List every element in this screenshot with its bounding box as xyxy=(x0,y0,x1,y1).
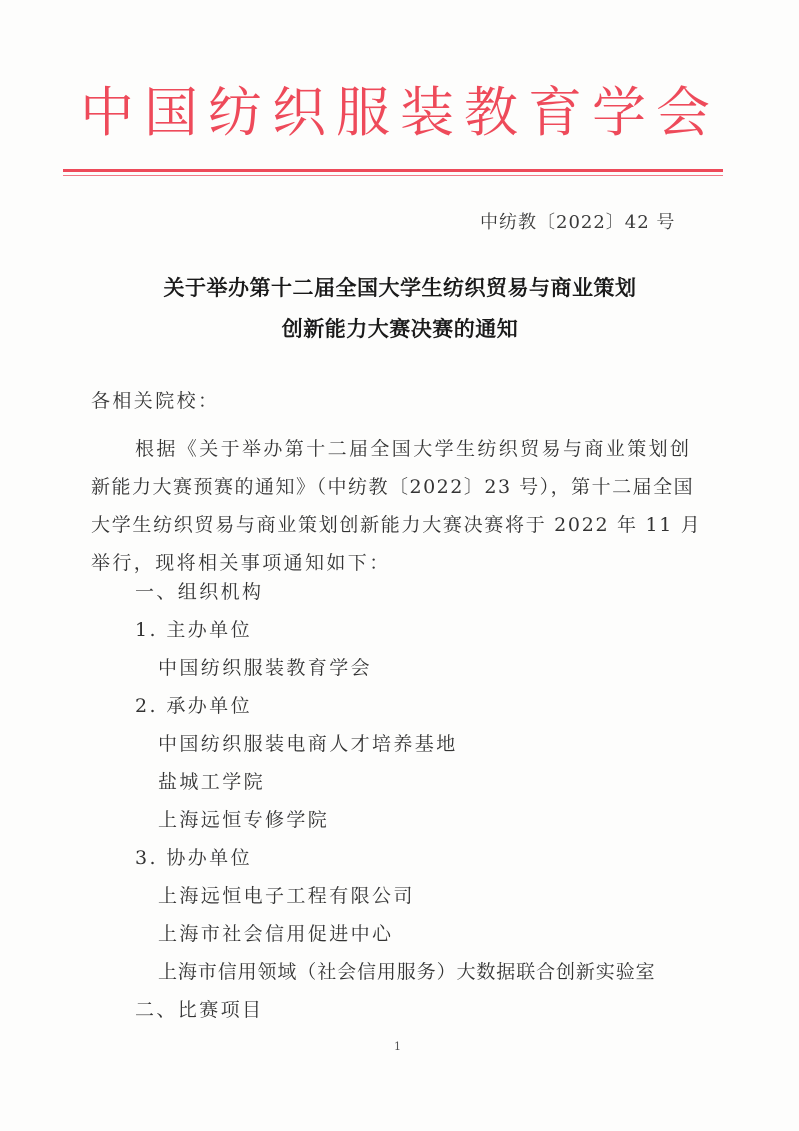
document-number: 中纺教〔2022〕42 号 xyxy=(480,208,675,234)
organizer-label: 2. 承办单位 xyxy=(135,691,252,718)
paragraph-line: 新能力大赛预赛的通知》（中纺教〔2022〕23 号），第十二届全国 xyxy=(91,472,694,499)
co-organizer-label: 3. 协办单位 xyxy=(135,843,252,870)
letterhead-rule-thick xyxy=(63,169,723,172)
page-number: 1 xyxy=(394,1040,401,1053)
co-organizer-item: 上海远恒电子工程有限公司 xyxy=(158,881,415,908)
section-heading-competition: 二、比赛项目 xyxy=(135,995,263,1022)
paragraph-line: 大学生纺织贸易与商业策划创新能力大赛决赛将于 2022 年 11 月 xyxy=(91,510,702,537)
co-organizer-item: 上海市信用领域（社会信用服务）大数据联合创新实验室 xyxy=(158,957,656,984)
organizer-item: 上海远恒专修学院 xyxy=(158,805,329,832)
salutation: 各相关院校： xyxy=(91,386,219,413)
host-label: 1. 主办单位 xyxy=(135,615,252,642)
section-heading-organization: 一、组织机构 xyxy=(135,577,263,604)
letterhead-title: 中国纺织服装教育学会 xyxy=(60,78,740,148)
co-organizer-item: 上海市社会信用促进中心 xyxy=(158,919,393,946)
organizer-item: 中国纺织服装电商人才培养基地 xyxy=(158,729,458,756)
paragraph-line: 举行，现将相关事项通知如下： xyxy=(91,548,391,575)
host-item: 中国纺织服装教育学会 xyxy=(158,653,372,680)
document-title-line-1: 关于举办第十二届全国大学生纺织贸易与商业策划 xyxy=(60,272,740,302)
organizer-item: 盐城工学院 xyxy=(158,767,265,794)
paragraph-line: 根据《关于举办第十二届全国大学生纺织贸易与商业策划创 xyxy=(135,434,691,461)
document-title-line-2: 创新能力大赛决赛的通知 xyxy=(60,313,740,343)
letterhead-rule-thin xyxy=(63,175,723,176)
